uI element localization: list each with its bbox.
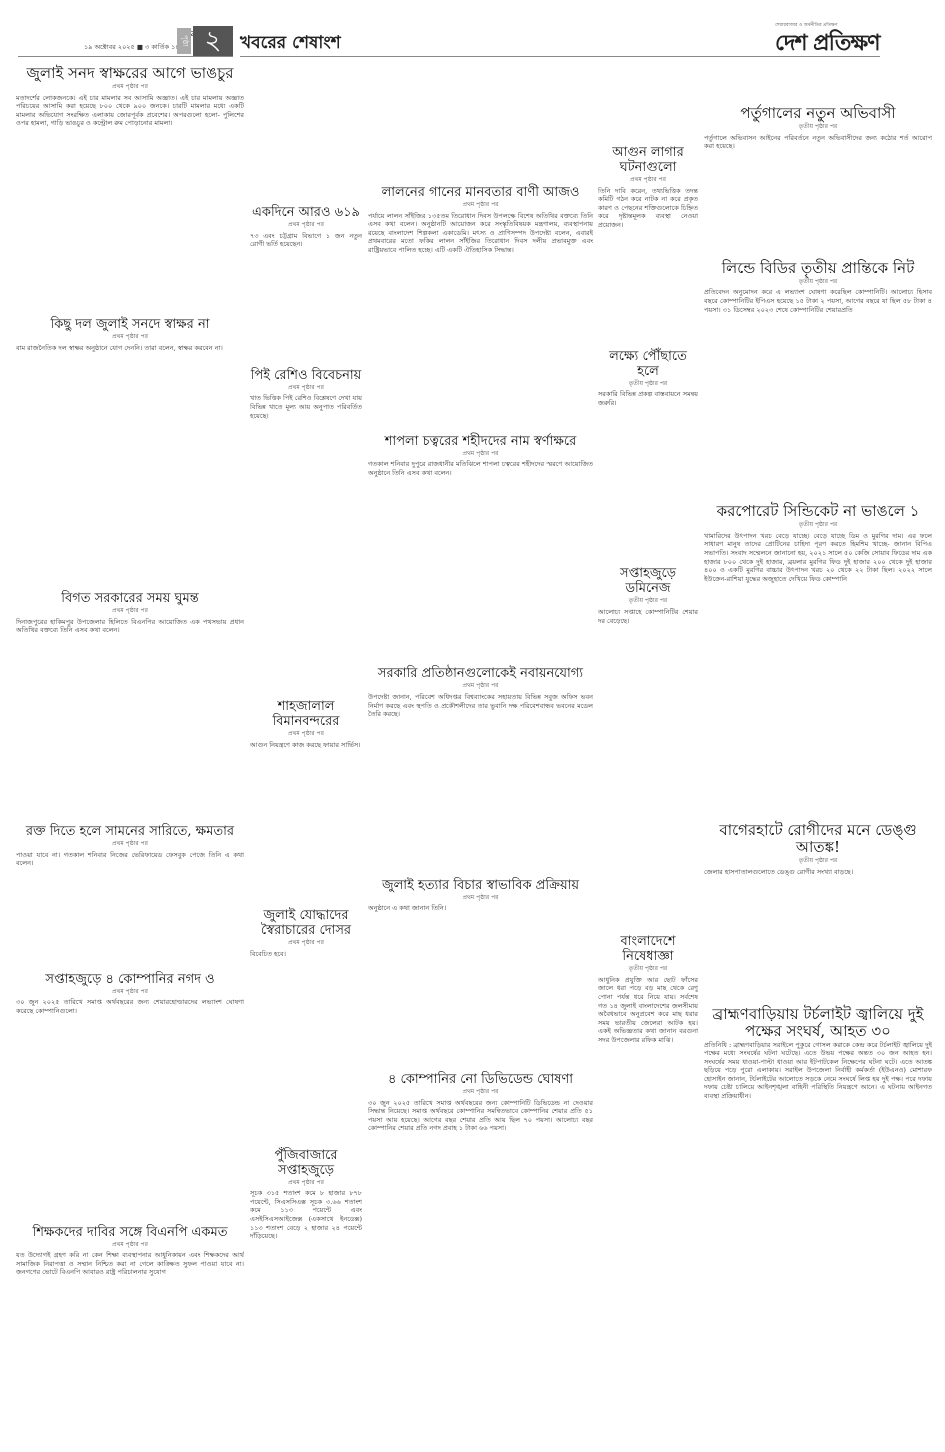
article-body: প্রতিবেদন অনুমোদন করে এ লভ্যাংশ ঘোষণা কর…	[704, 288, 932, 314]
continued-note: তৃতীয় পৃষ্ঠার পর	[598, 965, 698, 974]
headline: আগুন লাগার ঘটনাগুলো	[598, 145, 698, 175]
continued-note: প্রথম পৃষ্ঠার পর	[16, 333, 244, 342]
article: করপোরেট সিন্ডিকেট না ভাঙলে ১ তৃতীয় পৃষ্…	[704, 503, 932, 583]
continued-note: তৃতীয় পৃষ্ঠার পর	[704, 123, 932, 132]
continued-note: প্রথম পৃষ্ঠার পর	[368, 450, 593, 459]
continued-note: প্রথম পৃষ্ঠার পর	[368, 894, 593, 903]
headline: লিন্ডে বিডির তৃতীয় প্রান্তিকে নিট	[704, 260, 932, 277]
article-body: দিনাজপুরের হাকিমপুর উপজেলার হিলিতে বিএনপ…	[16, 618, 244, 635]
headline: সপ্তাহজুড়ে ৪ কোম্পানির নগদ ও	[16, 972, 244, 987]
article-continuation	[16, 874, 244, 969]
continued-note: প্রথম পৃষ্ঠার পর	[368, 1088, 593, 1097]
article-continuation	[368, 483, 593, 663]
article: পুঁজিবাজারে সপ্তাহজুড়ে প্রথম পৃষ্ঠার পর…	[250, 1148, 362, 1241]
headline: জুলাই হত্যার বিচার স্বাভাবিক প্রক্রিয়ায…	[368, 878, 593, 893]
continued-note: প্রথম পৃষ্ঠার পর	[250, 221, 362, 230]
article-body: বাম রাজনৈতিক দল স্বাক্ষর অনুষ্ঠানে যোগ দ…	[16, 344, 244, 353]
article: শিক্ষকদের দাবির সঙ্গে বিএনপি একমত প্রথম …	[16, 1225, 244, 1277]
page-number: ২	[193, 26, 233, 56]
headline: জুলাই যোদ্ধাদের স্বৈরাচারের দোসর	[250, 908, 362, 938]
column-5: পর্তুগালের নতুন অভিবাসী তৃতীয় পৃষ্ঠার প…	[704, 62, 932, 1392]
article: শাপলা চত্বরের শহীদদের নাম স্বর্ণাক্ষরে প…	[368, 434, 593, 478]
column-1: জুলাই সনদ স্বাক্ষরের আগে ভাঙচুর প্রথম পৃ…	[16, 62, 244, 1392]
article-continuation	[16, 1022, 244, 1222]
article: লালনের গানের মানবতার বাণী আজও প্রথম পৃষ্…	[368, 185, 593, 255]
continued-note: তৃতীয় পৃষ্ঠার পর	[704, 521, 932, 530]
continued-note: তৃতীয় পৃষ্ঠার পর	[704, 857, 932, 866]
continued-note: প্রথম পৃষ্ঠার পর	[250, 730, 362, 739]
newspaper-logo: দেশ প্রতিক্ষণ	[775, 26, 880, 63]
continued-note: তৃতীয় পৃষ্ঠার পর	[598, 380, 698, 389]
article: সরকারি প্রতিষ্ঠানগুলোকেই নবায়নযোগ্য প্র…	[368, 666, 593, 718]
article-body: পর্তুগালে অভিবাসন আইনের পরিবর্তনে নতুন অ…	[704, 134, 932, 151]
article-continuation	[16, 641, 244, 821]
article-body: জেলার হাসপাতালগুলোতে ডেঙ্গু রোগীর সংখ্যা…	[704, 868, 932, 877]
continued-note: প্রথম পৃষ্ঠার পর	[16, 988, 244, 997]
headline: বাগেরহাটে রোগীদের মনে ডেঙ্গু আতঙ্ক!	[704, 822, 932, 856]
article-continuation	[16, 358, 244, 588]
headline: পিই রেশিও বিবেচনায়	[250, 368, 362, 383]
headline: কিছু দল জুলাই সনদে স্বাক্ষর না	[16, 317, 244, 332]
article-body: আধুনিক প্রযুক্তি আর ছোট ফাঁসের জালে ধরা …	[598, 976, 698, 1045]
article: কিছু দল জুলাই সনদে স্বাক্ষর না প্রথম পৃষ…	[16, 317, 244, 352]
headline: শিক্ষকদের দাবির সঙ্গে বিএনপি একমত	[16, 1225, 244, 1240]
article-body: যত উদ্যোগই গ্রহণ করি না কেন শিক্ষা ব্যবস…	[16, 1251, 244, 1277]
article-body: ৭৩ এবং চট্টগ্রাম বিভাগে ১ জন নতুন রোগী ভ…	[250, 232, 362, 249]
article: বিগত সরকারের সময় ঘুমন্ত প্রথম পৃষ্ঠার প…	[16, 591, 244, 635]
article-body: খামারিদের উৎপাদন খরচ বেড়ে যাচ্ছে। বেড়ে…	[704, 532, 932, 584]
article-continuation	[704, 62, 932, 102]
article: সপ্তাহজুড়ে ডমিনেজ তৃতীয় পৃষ্ঠার পর আলো…	[598, 566, 698, 625]
article-continuation	[368, 261, 593, 431]
article-continuation	[598, 236, 698, 346]
headline: সপ্তাহজুড়ে ডমিনেজ	[598, 566, 698, 596]
column-2: একদিনে আরও ৬১৯ প্রথম পৃষ্ঠার পর ৭৩ এবং চ…	[250, 62, 362, 1392]
header-rule-left	[18, 56, 233, 57]
continued-note: তৃতীয় পৃষ্ঠার পর	[704, 278, 932, 287]
article-body: ৩০ জুন ২০২৫ তারিখে সমাপ্ত অর্থবছরের জন্য…	[368, 1099, 593, 1133]
continued-note: প্রথম পৃষ্ঠার পর	[368, 682, 593, 691]
article-continuation	[368, 62, 593, 182]
article-body: বিবেচিত হবে।	[250, 950, 362, 959]
article-body: আগুন নিয়ন্ত্রণে কাজ করছে ফায়ার সার্ভিস…	[250, 741, 362, 750]
article: সপ্তাহজুড়ে ৪ কোম্পানির নগদ ও প্রথম পৃষ্…	[16, 972, 244, 1016]
headline: বাংলাদেশে নিষেধাজ্ঞা	[598, 934, 698, 964]
article-continuation	[704, 883, 932, 1003]
column-4: আগুন লাগার ঘটনাগুলো প্রথম পৃষ্ঠার পর তিন…	[598, 62, 698, 1392]
article-continuation	[368, 725, 593, 875]
article-continuation	[704, 157, 932, 257]
article-body: উপদেষ্টা জানান, পরিবেশ অধিদপ্তর বিশ্বব্য…	[368, 693, 593, 719]
column-3: লালনের গানের মানবতার বাণী আজও প্রথম পৃষ্…	[368, 62, 593, 1392]
article: ব্রাহ্মণবাড়িয়ায় টর্চলাইট জ্বালিয়ে দু…	[704, 1006, 932, 1101]
article-continuation	[250, 255, 362, 365]
headline: ৪ কোম্পানির নো ডিভিডেন্ড ঘোষণা	[368, 1072, 593, 1087]
article: লক্ষ্যে পৌঁছাতে হলে তৃতীয় পৃষ্ঠার পর সর…	[598, 349, 698, 408]
article-body: খাত ভিত্তিক পিই রেশিও বিশ্লেষণে দেখা যায…	[250, 394, 362, 420]
headline: করপোরেট সিন্ডিকেট না ভাঙলে ১	[704, 503, 932, 520]
article-body: মতাদর্শের লোকজনকে। এই চার মামলার সব আসাম…	[16, 94, 244, 128]
article: লিন্ডে বিডির তৃতীয় প্রান্তিকে নিট তৃতীয…	[704, 260, 932, 314]
article-body: ৩০ জুন ২০২৫ তারিখে সমাপ্ত অর্থবছরের জন্য…	[16, 998, 244, 1015]
article: রক্ত দিতে হলে সামনের সারিতে, ক্ষমতার প্র…	[16, 824, 244, 868]
article: পিই রেশিও বিবেচনায় প্রথম পৃষ্ঠার পর খাত…	[250, 368, 362, 420]
headline: সরকারি প্রতিষ্ঠানগুলোকেই নবায়নযোগ্য	[368, 666, 593, 681]
headline: বিগত সরকারের সময় ঘুমন্ত	[16, 591, 244, 606]
article-continuation	[598, 631, 698, 931]
continued-note: প্রথম পৃষ্ঠার পর	[16, 1241, 244, 1250]
continued-note: তৃতীয় পৃষ্ঠার পর	[598, 597, 698, 606]
article: জুলাই সনদ স্বাক্ষরের আগে ভাঙচুর প্রথম পৃ…	[16, 65, 244, 128]
header-rule-right	[240, 56, 880, 57]
article-continuation	[598, 413, 698, 563]
article-continuation	[368, 919, 593, 1069]
continued-note: প্রথম পৃষ্ঠার পর	[16, 840, 244, 849]
headline: লালনের গানের মানবতার বাণী আজও	[368, 185, 593, 200]
article-body: প্রতিনিধি : ব্রাহ্মণবাড়িয়ার সরাইলে পুক…	[704, 1041, 932, 1101]
masthead: শেয়ারবাজার ও অর্থনীতির প্রতিক্ষণ রোববার…	[0, 0, 945, 58]
article-body: তিনি দাবি করেন, তথ্যভিত্তিক তদন্ত কমিটি …	[598, 187, 698, 230]
article: বাগেরহাটে রোগীদের মনে ডেঙ্গু আতঙ্ক! তৃতী…	[704, 822, 932, 876]
issue-date: ১৯ অক্টোবর ২০২৫ ■ ৩ কার্তিক ১৪৩২	[18, 42, 188, 53]
article: জুলাই হত্যার বিচার স্বাভাবিক প্রক্রিয়ায…	[368, 878, 593, 913]
article-continuation	[250, 965, 362, 1145]
continued-note: প্রথম পৃষ্ঠার পর	[16, 607, 244, 616]
continued-note: প্রথম পৃষ্ঠার পর	[250, 939, 362, 948]
headline: পর্তুগালের নতুন অভিবাসী	[704, 105, 932, 122]
article-continuation	[250, 755, 362, 905]
article-continuation	[704, 589, 932, 819]
article-continuation	[250, 426, 362, 696]
headline: একদিনে আরও ৬১৯	[250, 205, 362, 220]
continued-note: প্রথম পৃষ্ঠার পর	[250, 384, 362, 393]
article: পর্তুগালের নতুন অভিবাসী তৃতীয় পৃষ্ঠার প…	[704, 105, 932, 151]
headline: শাহজালাল বিমানবন্দরের	[250, 699, 362, 729]
headline: ব্রাহ্মণবাড়িয়ায় টর্চলাইট জ্বালিয়ে দু…	[704, 1006, 932, 1040]
headline: শাপলা চত্বরের শহীদদের নাম স্বর্ণাক্ষরে	[368, 434, 593, 449]
continued-note: প্রথম পৃষ্ঠার পর	[250, 1179, 362, 1188]
continued-note: প্রথম পৃষ্ঠার পর	[16, 83, 244, 92]
headline: জুলাই সনদ স্বাক্ষরের আগে ভাঙচুর	[16, 65, 244, 82]
headline: পুঁজিবাজারে সপ্তাহজুড়ে	[250, 1148, 362, 1178]
article-body: সরকারি বিভিন্ন প্রকল্প বাস্তবায়নে সমন্ব…	[598, 390, 698, 407]
article: বাংলাদেশে নিষেধাজ্ঞা তৃতীয় পৃষ্ঠার পর আ…	[598, 934, 698, 1044]
article-continuation	[704, 320, 932, 500]
article-continuation	[16, 134, 244, 314]
article: ৪ কোম্পানির নো ডিভিডেন্ড ঘোষণা প্রথম পৃষ…	[368, 1072, 593, 1133]
headline: রক্ত দিতে হলে সামনের সারিতে, ক্ষমতার	[16, 824, 244, 839]
article-body: অনুষ্ঠানে এ কথা জানান তিনি।	[368, 904, 593, 913]
article-continuation	[598, 62, 698, 142]
article-body: সূচক ৩১৫ শতাংশ কমে ৮ হাজার ৮৭৮ পয়েন্টে,…	[250, 1189, 362, 1241]
headline: লক্ষ্যে পৌঁছাতে হলে	[598, 349, 698, 379]
section-title: খবরের শেষাংশ	[240, 30, 341, 58]
article-continuation	[250, 62, 362, 202]
article-body: পাওয়া যাবে না। গতকাল শনিবার নিজের ভেরিফ…	[16, 851, 244, 868]
article-body: পর্যায়ে লালন সাঁইজির ১৩৫তম তিরোধান দিবস…	[368, 212, 593, 255]
article-body: গতকাল শনিবার দুপুরে রাজধানীর মতিঝিলে শাপ…	[368, 460, 593, 477]
article: শাহজালাল বিমানবন্দরের প্রথম পৃষ্ঠার পর আ…	[250, 699, 362, 749]
article: জুলাই যোদ্ধাদের স্বৈরাচারের দোসর প্রথম প…	[250, 908, 362, 958]
page-label: পৃষ্ঠা	[177, 28, 191, 54]
continued-note: প্রথম পৃষ্ঠার পর	[598, 176, 698, 185]
article-body: আলোচ্য সপ্তাহে কোম্পানিটির শেয়ার দর বেড…	[598, 608, 698, 625]
article: আগুন লাগার ঘটনাগুলো প্রথম পৃষ্ঠার পর তিন…	[598, 145, 698, 230]
article: একদিনে আরও ৬১৯ প্রথম পৃষ্ঠার পর ৭৩ এবং চ…	[250, 205, 362, 249]
continued-note: প্রথম পৃষ্ঠার পর	[368, 201, 593, 210]
